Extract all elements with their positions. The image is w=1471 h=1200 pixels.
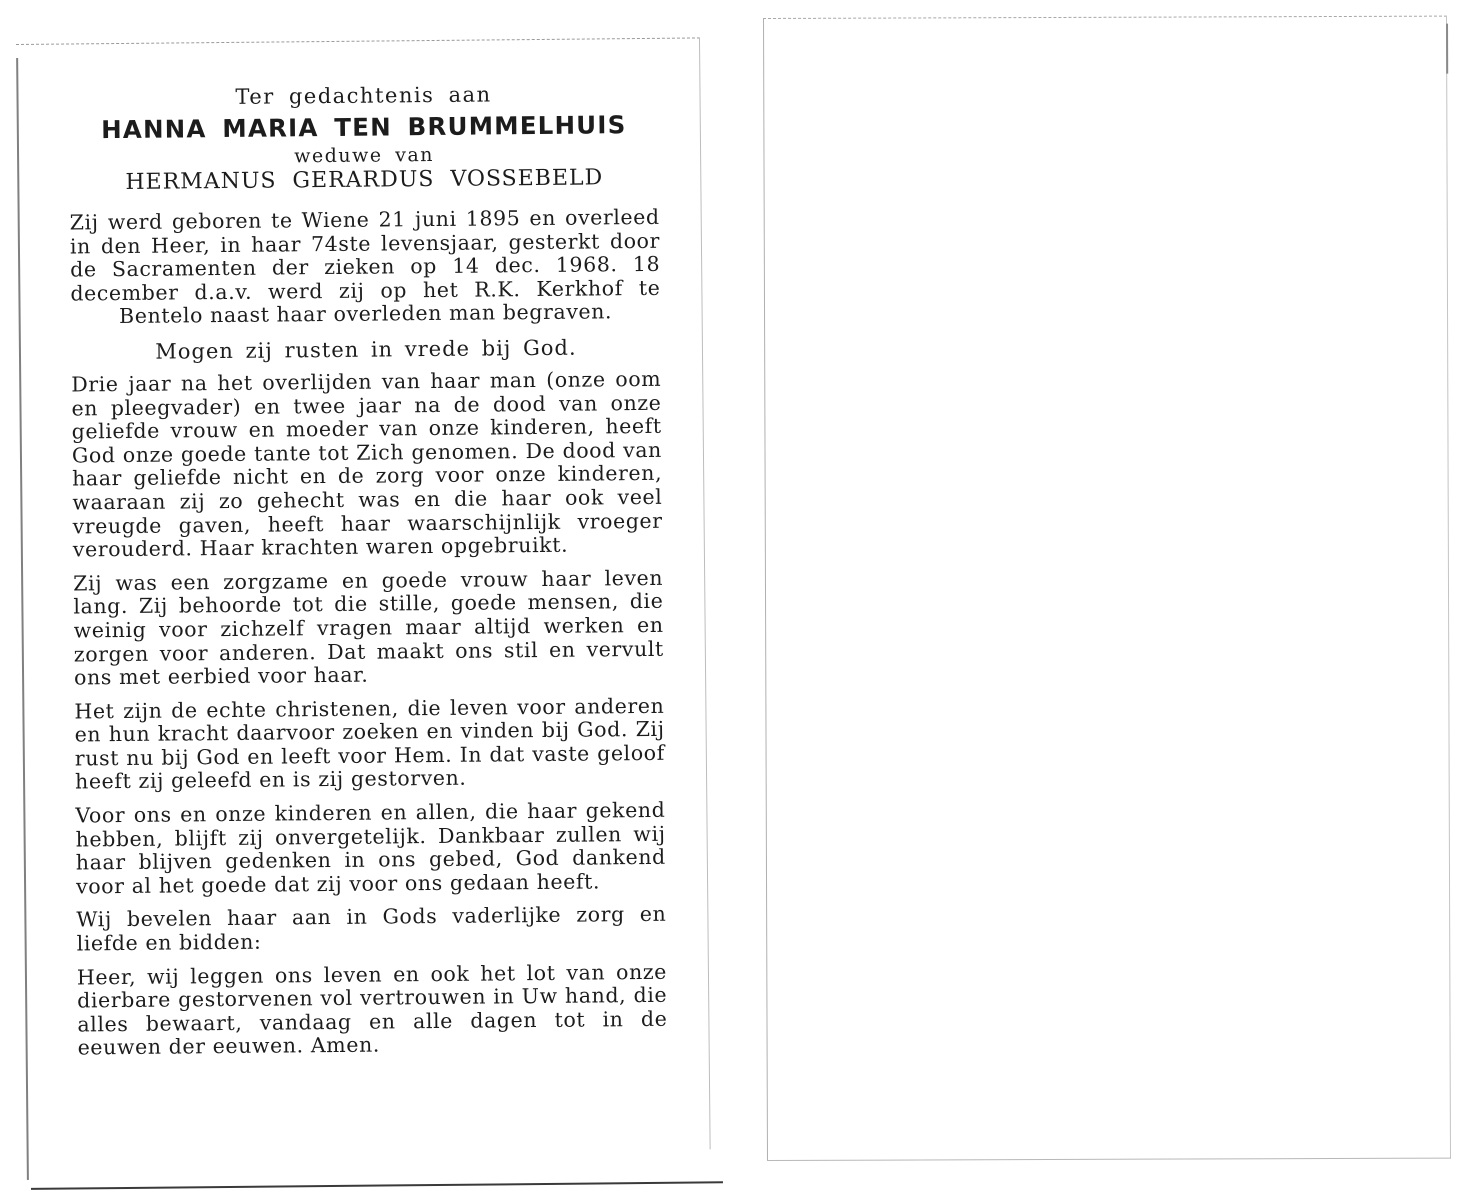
card-edge-top — [763, 16, 1447, 19]
scan-mark — [1446, 24, 1448, 74]
intro-line: Ter gedachtenis aan — [68, 80, 658, 112]
biography-paragraph: Zij werd geboren te Wiene 21 juni 1895 e… — [70, 206, 661, 330]
card-edge-bottom — [767, 1158, 1451, 1161]
card-text: Ter gedachtenis aan HANNA MARIA TEN BRUM… — [68, 80, 667, 1071]
memorial-card-back — [763, 16, 1451, 1161]
deceased-name: HANNA MARIA TEN BRUMMELHUIS — [69, 108, 659, 148]
paragraph-character: Zij was een zorgzame en goede vrouw haar… — [73, 567, 664, 691]
memorial-card-front: Ter gedachtenis aan HANNA MARIA TEN BRUM… — [16, 37, 711, 1186]
card-edge-right — [1446, 16, 1451, 1159]
card-edge-bottom — [31, 1181, 723, 1190]
card-edge-top — [16, 37, 700, 45]
paragraph-remembrance: Voor ons en onze kinderen en allen, die … — [75, 799, 666, 899]
card-edge-left — [763, 18, 768, 1161]
paragraph-commendation: Wij bevelen haar aan in Gods vaderlijke … — [76, 903, 666, 956]
rest-in-peace-line: Mogen zij rusten in vrede bij God. — [71, 334, 661, 366]
card-edge-right — [699, 37, 711, 1149]
paragraph-prayer: Heer, wij leggen ons leven en ook het lo… — [77, 960, 668, 1060]
paragraph-tribute: Drie jaar na het overlijden van haar man… — [71, 368, 663, 562]
paragraph-faith: Het zijn de echte christenen, die leven … — [74, 694, 665, 794]
card-edge-left — [16, 58, 29, 1180]
spouse-name: HERMANUS GERARDUS VOSSEBELD — [69, 164, 659, 198]
